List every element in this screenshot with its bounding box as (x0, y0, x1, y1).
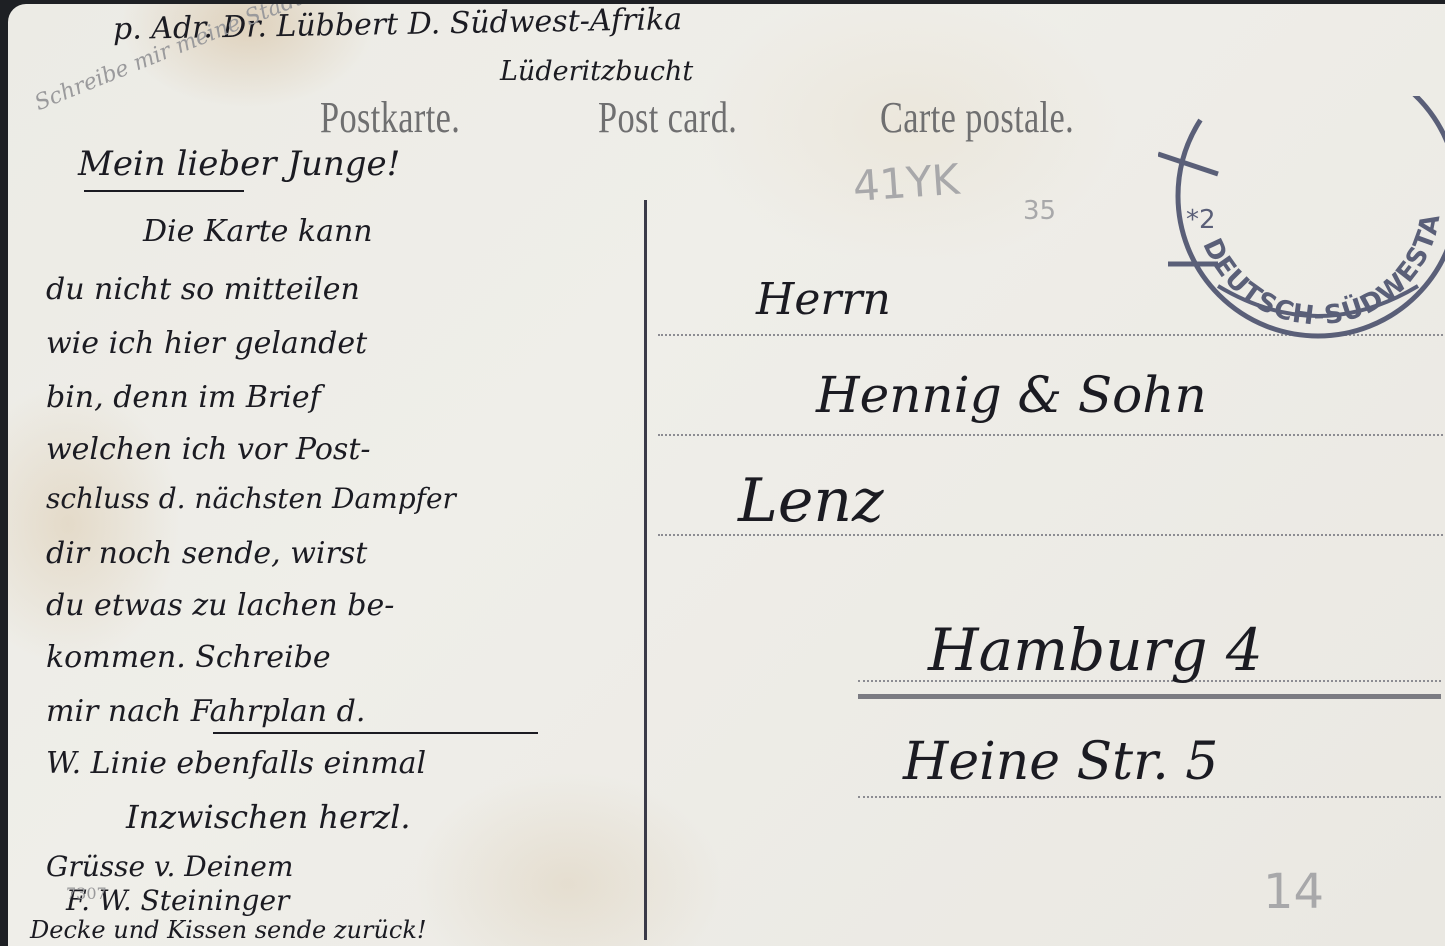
pencil-catalog-code: 41YK (851, 155, 961, 211)
address-recipient: Hennig & Sohn (816, 366, 1207, 424)
message-line: Die Karte kann (143, 214, 373, 249)
printed-label-french: Carte postale. (880, 92, 1074, 143)
message-line: du nicht so mitteilen (46, 272, 360, 307)
message-line: du etwas zu lachen be- (46, 588, 394, 623)
postmark-circle-icon: *2 DEUTSCH-SÜDWESTAFRIKA (1158, 96, 1445, 346)
message-postscript: Decke und Kissen sende zurück! (30, 916, 427, 944)
message-line: Inzwischen herzl. (126, 798, 411, 836)
message-line: wie ich hier gelandet (46, 326, 367, 361)
message-line: W. Linie ebenfalls einmal (46, 746, 426, 781)
message-salutation: Mein lieber Junge! (78, 144, 400, 184)
message-line: mir nach Fahrplan d. (46, 694, 365, 729)
sender-address-place: Lüderitzbucht (500, 56, 693, 87)
message-signoff: Grüsse v. Deinem (46, 850, 293, 883)
svg-text:*2: *2 (1186, 205, 1216, 235)
message-line: bin, denn im Brief (46, 380, 321, 415)
vertical-divider (644, 200, 647, 940)
address-thick-line (858, 694, 1441, 699)
address-recipient-name: Lenz (738, 466, 884, 536)
message-line: kommen. Schreibe (46, 640, 331, 675)
address-dotted-line (658, 434, 1443, 436)
message-line: dir noch sende, wirst (46, 536, 367, 571)
fahrplan-underline (213, 732, 538, 734)
printed-label-german: Postkarte. (320, 92, 460, 143)
address-salutation: Herrn (756, 274, 891, 325)
message-line: welchen ich vor Post- (46, 432, 371, 467)
pencil-number-top: 35 (1023, 196, 1056, 226)
address-dotted-line (858, 796, 1441, 798)
stamped-number: 7307 (66, 884, 107, 903)
address-city: Hamburg 4 (928, 616, 1263, 684)
postmark-stamp: *2 DEUTSCH-SÜDWESTAFRIKA (1158, 96, 1445, 346)
pencil-number-bottom: 14 (1263, 864, 1324, 920)
printed-label-english: Post card. (598, 92, 737, 143)
salutation-underline (84, 190, 244, 192)
address-street: Heine Str. 5 (903, 732, 1218, 792)
message-line: schluss d. nächsten Dampfer (46, 482, 456, 515)
postcard: Postkarte. Post card. Carte postale. p. … (8, 4, 1445, 946)
